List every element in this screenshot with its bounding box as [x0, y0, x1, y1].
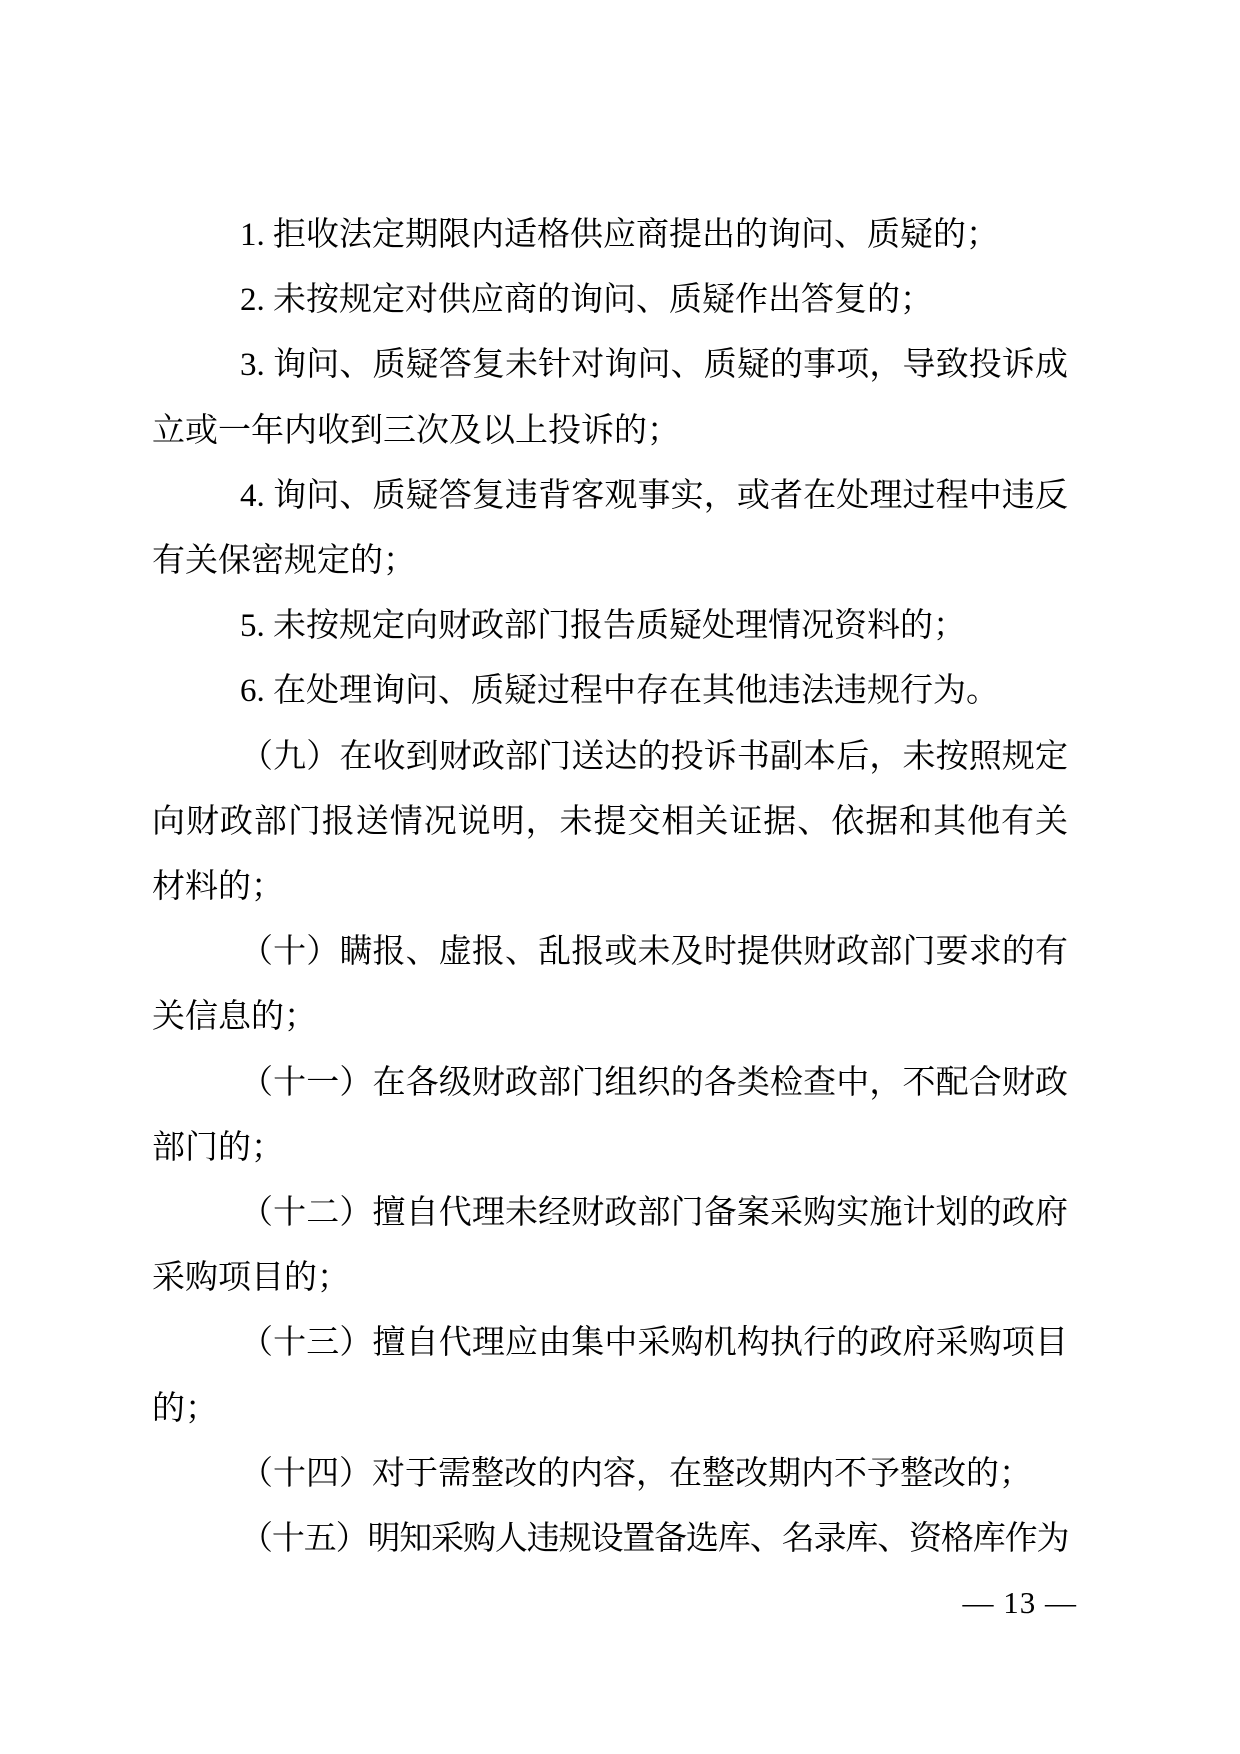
clause-item-11: （十一）在各级财政部门组织的各类检查中，不配合财政部门的； [152, 1051, 1068, 1181]
page-number: — 13 — [963, 1583, 1078, 1623]
clause-item-13: （十三）擅自代理应由集中采购机构执行的政府采购项目的； [152, 1311, 1068, 1441]
clause-item-12: （十二）擅自代理未经财政部门备案采购实施计划的政府采购项目的； [152, 1181, 1068, 1311]
list-item-3: 3. 询问、质疑答复未针对询问、质疑的事项，导致投诉成立或一年内收到三次及以上投… [152, 333, 1068, 463]
document-body: 1. 拒收法定期限内适格供应商提出的询问、质疑的； 2. 未按规定对供应商的询问… [152, 203, 1068, 1572]
list-item-4: 4. 询问、质疑答复违背客观事实，或者在处理过程中违反有关保密规定的； [152, 464, 1068, 594]
clause-item-9: （九）在收到财政部门送达的投诉书副本后，未按照规定向财政部门报送情况说明，未提交… [152, 725, 1068, 921]
clause-item-15: （十五）明知采购人违规设置备选库、名录库、资格库作为 [152, 1507, 1068, 1572]
document-page: 1. 拒收法定期限内适格供应商提出的询问、质疑的； 2. 未按规定对供应商的询问… [0, 0, 1240, 1754]
list-item-6: 6. 在处理询问、质疑过程中存在其他违法违规行为。 [152, 659, 1068, 724]
list-item-1: 1. 拒收法定期限内适格供应商提出的询问、质疑的； [152, 203, 1068, 268]
list-item-2: 2. 未按规定对供应商的询问、质疑作出答复的； [152, 268, 1068, 333]
clause-item-14: （十四）对于需整改的内容，在整改期内不予整改的； [152, 1442, 1068, 1507]
clause-item-10: （十）瞒报、虚报、乱报或未及时提供财政部门要求的有关信息的； [152, 920, 1068, 1050]
list-item-5: 5. 未按规定向财政部门报告质疑处理情况资料的； [152, 594, 1068, 659]
